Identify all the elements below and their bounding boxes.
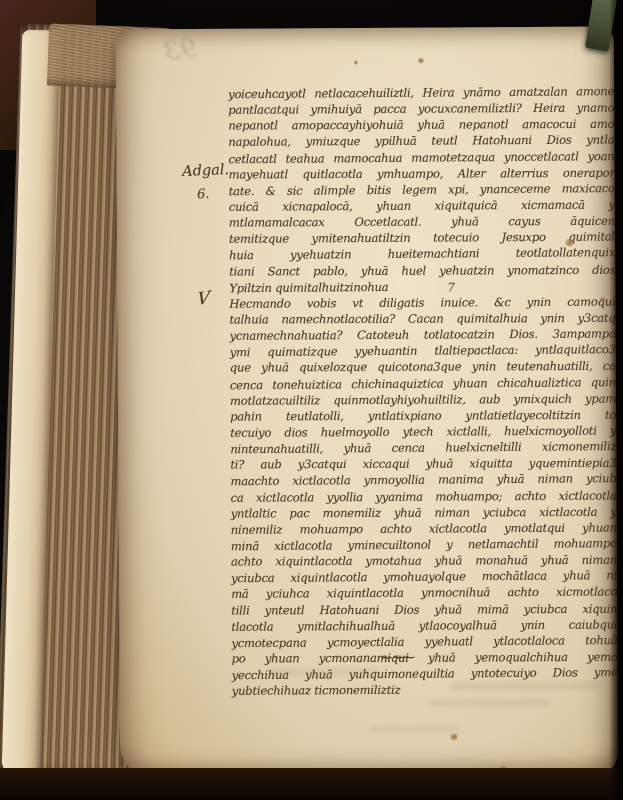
manuscript-line: yoiceuhcayotl netlacacehuiliztli, Heira … (228, 83, 614, 102)
manuscript-line: cetlacatl teahua mamocahua mamotetzaqua … (228, 148, 614, 167)
manuscript-line: tilli ynteutl Hatohuani Dios yhuā mimā y… (231, 600, 617, 618)
manuscript-text: yoiceuhcayotl netlacacehuiliztli, Heira … (228, 83, 618, 717)
end-flourish: ~~~ (379, 651, 413, 664)
gutter-shadow (609, 0, 623, 800)
manuscript-line: que yhuā quixelozque quicotona3que ynin … (230, 358, 616, 376)
manuscript-line: talhuia namechnotlacotilia? Cacan quimit… (229, 310, 615, 328)
manuscript-line: pahin teutlatolli, yntlatixpiano yntlati… (230, 407, 616, 425)
paragraph-mark: V (197, 288, 210, 310)
show-through-text (270, 668, 380, 677)
manuscript-line: tiani Sanct pablo, yhuā huel yehuatzin y… (229, 261, 615, 279)
foxing-spot (354, 60, 358, 65)
show-through-text (430, 699, 550, 707)
manuscript-line: cenca tonehuiztica chichinaquiztica yhua… (230, 374, 616, 393)
manuscript-line: mtlamamalcacax Occetlacatl. yhuā cayus ā… (229, 213, 615, 231)
folio-number-offset: 93 (162, 33, 199, 67)
manuscript-photo: 93 Adgal. 6. V 7 yoiceuhcayotl netlacace… (0, 0, 623, 800)
manuscript-line: Hecmando vobis vt diligatis inuice. &c y… (229, 293, 615, 311)
margin-citation-number: 6. (197, 186, 231, 202)
manuscript-line: ca xictlacotla yyollia yyanima mohuampo;… (231, 487, 617, 505)
manuscript-line: mā yciuhca xiquintlacotla ynmocnihuā ach… (231, 584, 617, 602)
show-through-text (370, 725, 460, 733)
manuscript-line: tate. & sic alimple bitis legem xpi, yna… (229, 180, 615, 199)
manuscript-line: nepanotl amopaccayhiyohuiā yhuā nepanotl… (228, 116, 614, 134)
manuscript-line: Ypiltzin quimitalhuitzinohua (229, 277, 615, 296)
manuscript-line: yntlaltic pac monemiliz yhuā niman yciub… (231, 503, 617, 521)
foxing-spot (450, 733, 458, 740)
show-through-text (450, 682, 600, 691)
margin-citation-reference: Adgal. (182, 162, 230, 180)
foxing-spot (599, 297, 605, 303)
margin-citation: Adgal. 6. (182, 163, 230, 203)
leather-cover-bottom (0, 768, 623, 800)
manuscript-line: huia yyehuatzin hueitemachtiani teotlato… (229, 244, 615, 263)
manuscript-page: 93 Adgal. 6. V 7 yoiceuhcayotl netlacace… (116, 26, 619, 777)
manuscript-line: motlatzacuiltiliz quinmotlayhiyohuiltili… (230, 390, 616, 408)
foxing-spot (565, 239, 574, 247)
foxing-spot (418, 58, 424, 64)
